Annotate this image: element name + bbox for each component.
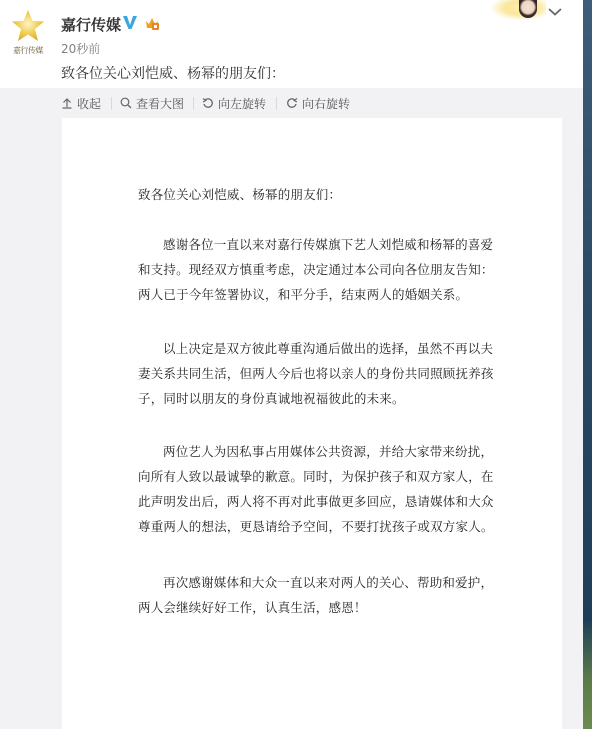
chevron-down-icon[interactable]: [548, 8, 562, 16]
collapse-up-icon: [61, 97, 73, 109]
statement-image[interactable]: 致各位关心刘恺威、杨幂的朋友们： 感谢各位一直以来对嘉行传媒旗下艺人刘恺威和杨幂…: [62, 118, 562, 729]
toolbar-divider: [111, 97, 112, 110]
collapse-label: 收起: [77, 95, 101, 112]
account-logo[interactable]: 嘉行传媒: [8, 8, 48, 56]
weibo-page: 嘉行传媒 嘉行传媒 20秒前 致各位关心刘恺威、杨幂的朋友们： 收起: [0, 0, 583, 729]
account-name[interactable]: 嘉行传媒: [61, 14, 121, 35]
statement-paragraph: 感谢各位一直以来对嘉行传媒旗下艺人刘恺威和杨幂的喜爱和支持。现经双方慎重考虑，决…: [138, 232, 494, 307]
rotate-right-button[interactable]: 向右旋转: [286, 88, 350, 118]
image-toolbar: 收起 查看大图 向左旋转 向右旋转: [0, 88, 583, 118]
post-header: 嘉行传媒 嘉行传媒 20秒前 致各位关心刘恺威、杨幂的朋友们：: [0, 0, 583, 88]
user-avatar[interactable]: [519, 0, 537, 18]
logo-caption: 嘉行传媒: [8, 45, 48, 56]
statement-paragraph: 再次感谢媒体和大众一直以来对两人的关心、帮助和爱护，两人会继续好好工作，认真生活…: [138, 570, 494, 620]
post-timestamp[interactable]: 20秒前: [61, 40, 100, 57]
post-text: 致各位关心刘恺威、杨幂的朋友们：: [61, 63, 285, 83]
search-icon: [120, 97, 132, 109]
star-logo-icon: [8, 8, 48, 44]
rotate-left-button[interactable]: 向左旋转: [202, 88, 266, 118]
statement-paragraph: 两位艺人为因私事占用媒体公共资源，并给大家带来纷扰，向所有人致以最诚挚的歉意。同…: [138, 439, 494, 539]
crown-badge-icon: [144, 15, 160, 31]
statement-salutation: 致各位关心刘恺威、杨幂的朋友们：: [138, 182, 494, 207]
toolbar-divider: [193, 97, 194, 110]
toolbar-divider: [276, 97, 277, 110]
view-large-button[interactable]: 查看大图: [120, 88, 184, 118]
verified-badge-icon: [122, 14, 138, 31]
collapse-button[interactable]: 收起: [61, 88, 101, 118]
rotate-right-icon: [286, 97, 298, 109]
statement-paragraph: 以上决定是双方彼此尊重沟通后做出的选择，虽然不再以夫妻关系共同生活，但两人今后也…: [138, 336, 494, 411]
rotate-left-icon: [202, 97, 214, 109]
rotate-right-label: 向右旋转: [302, 95, 350, 112]
background-edge: [583, 0, 592, 729]
rotate-left-label: 向左旋转: [218, 95, 266, 112]
view-large-label: 查看大图: [136, 95, 184, 112]
